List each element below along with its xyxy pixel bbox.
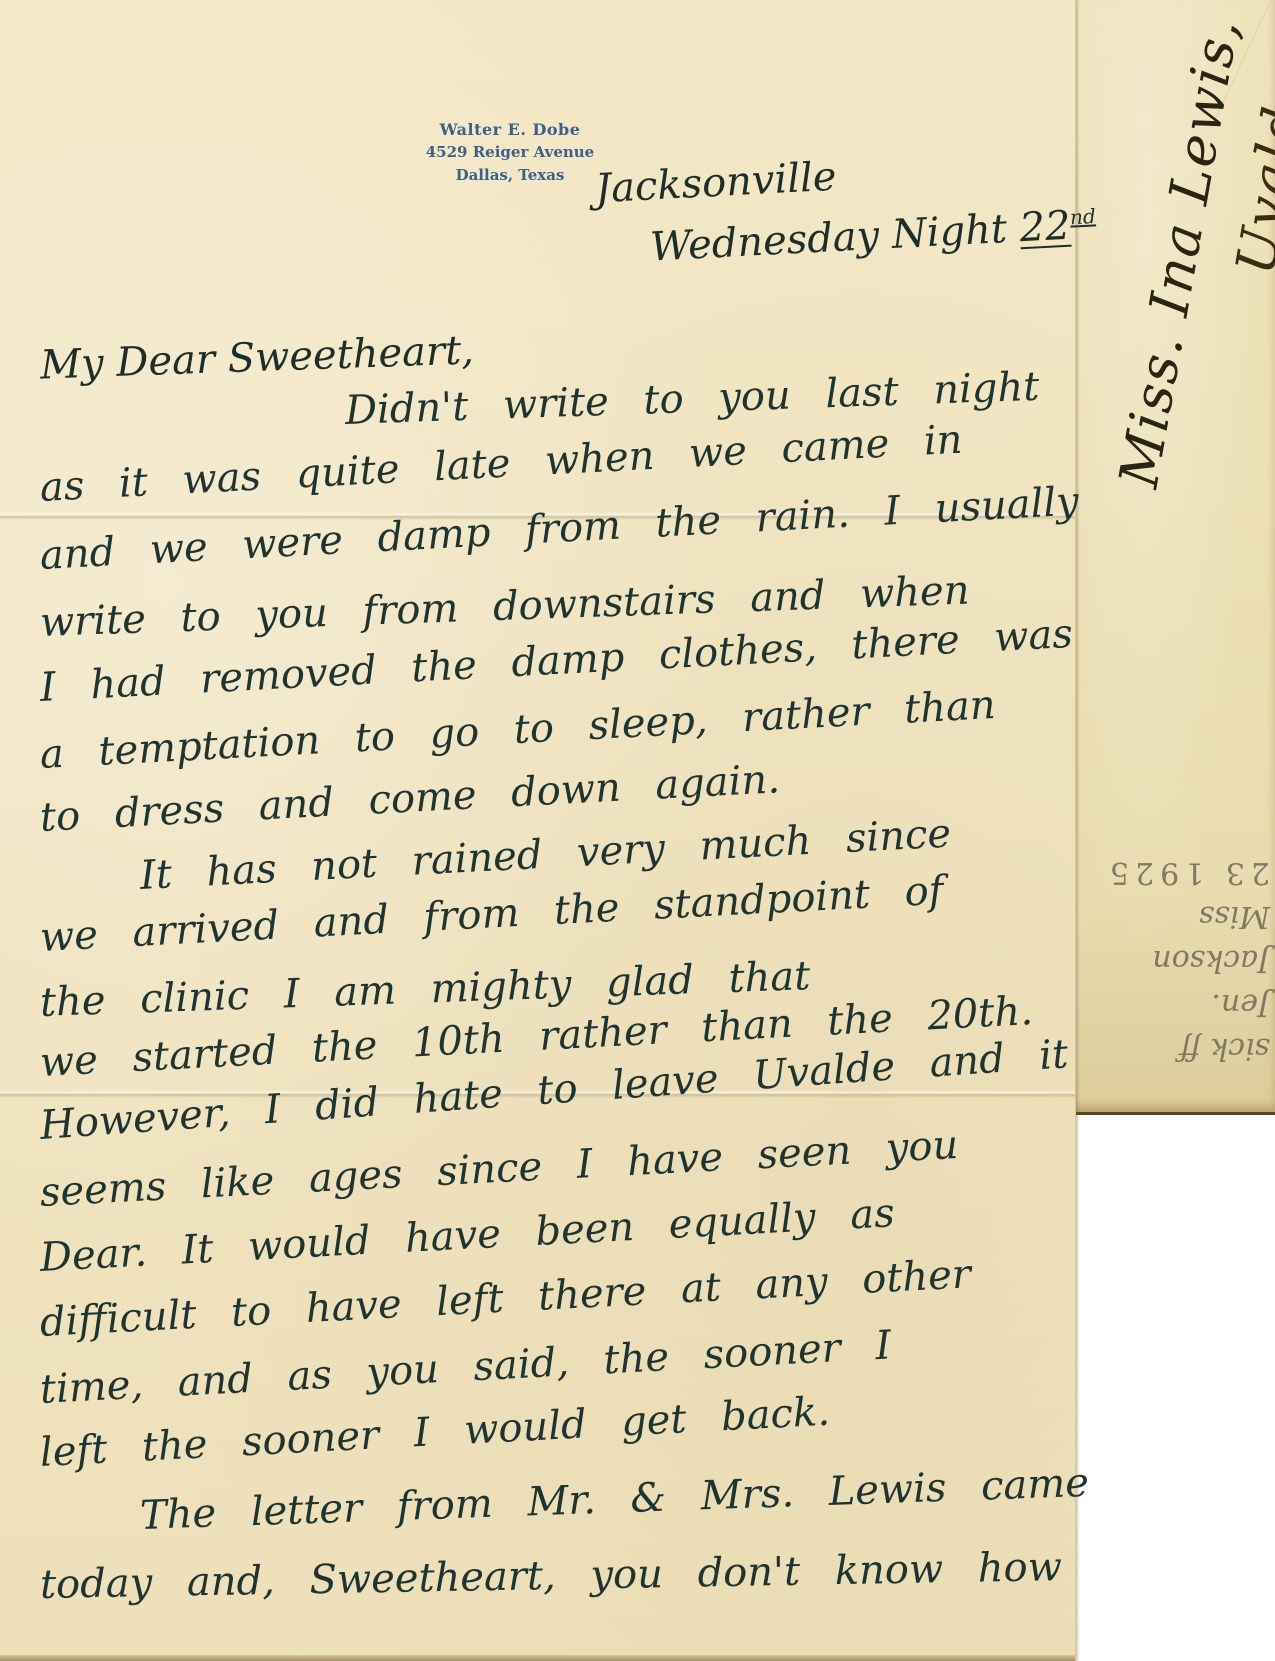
salutation: My Dear Sweetheart, <box>39 327 474 388</box>
letterhead-name: Walter E. Dobe <box>420 118 600 141</box>
letter-page: Walter E. Dobe 4529 Reiger Avenue Dallas… <box>0 0 1076 1661</box>
letter-place: Jacksonville <box>594 154 838 213</box>
letter-day: Wednesday Night <box>649 206 1008 271</box>
pencil-note-date: 23 1925 <box>1080 850 1270 894</box>
pencil-note-line: sick ff <box>1080 1026 1270 1070</box>
letterhead-street: 4529 Reiger Avenue <box>420 141 600 164</box>
pencil-note-line: Jackson <box>1080 938 1270 982</box>
letter-date-number: 22 <box>1018 203 1071 252</box>
body-line: The letter from Mr. & Mrs. Lewis came <box>139 1460 1089 1539</box>
pencil-note-line: Miss <box>1080 894 1270 938</box>
letter-date-suffix: nd <box>1069 204 1096 229</box>
body-line: today and, Sweetheart, you don't know ho… <box>40 1544 1063 1608</box>
letterhead: Walter E. Dobe 4529 Reiger Avenue Dallas… <box>420 118 600 187</box>
letter-date: Wednesday Night 22nd <box>649 201 1097 270</box>
letterhead-city: Dallas, Texas <box>420 164 600 187</box>
envelope-pencil-notes: sick ff Jen. Jackson Miss 23 1925 <box>1080 820 1270 1070</box>
pencil-note-line: Jen. <box>1080 982 1270 1026</box>
